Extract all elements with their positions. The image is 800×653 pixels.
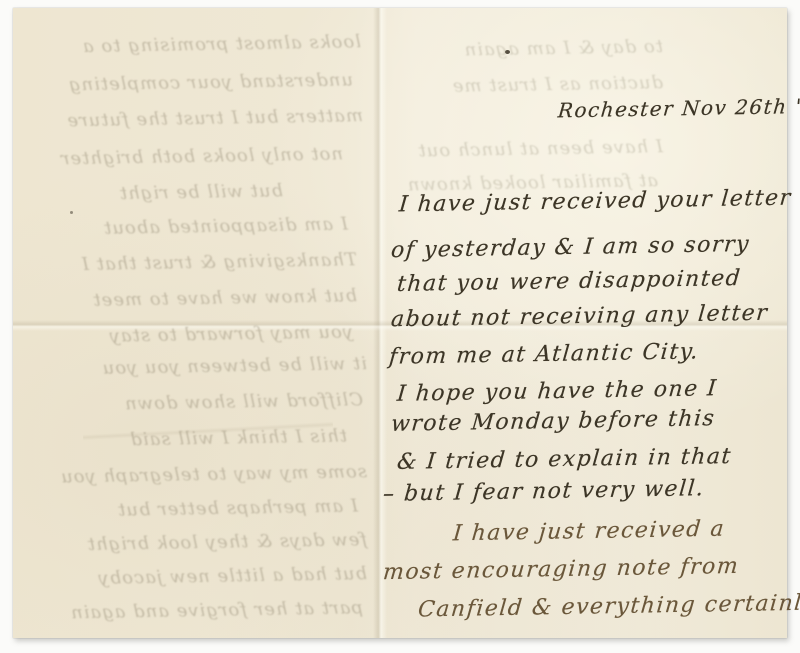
bleedthrough-line: you may forward to stay [53, 321, 353, 347]
letter-line: from me at Atlantic City. [388, 339, 700, 369]
letter-line: of yesterday & I am so sorry [390, 232, 751, 263]
bleedthrough-line: I am perhaps better but [68, 495, 358, 521]
bleedthrough-line: not only looks both brighter [43, 143, 343, 169]
bleedthrough-line: it will be between you you [37, 353, 367, 380]
letter-scan: looks almost promising to a understand y… [0, 0, 800, 653]
ink-speck [70, 211, 73, 214]
bleedthrough-line: matters but I trust the future [33, 105, 363, 132]
bleedthrough-line: understand your completing [53, 69, 353, 95]
bleedthrough-line: this I think I will said [57, 425, 347, 451]
bleedthrough-line: some my way to telegraph you [37, 461, 367, 488]
bleedthrough-line: I am disappointed about [68, 214, 348, 240]
bleedthrough-line: to day & I am again [433, 36, 663, 61]
bleedthrough-line: but know we have to meet [37, 285, 357, 312]
bleedthrough-line: duction as I trust me [443, 72, 663, 97]
letter-line: – but I fear not very well. [382, 476, 706, 507]
bleedthrough-line: but had a little new jacoby [37, 563, 367, 590]
letter-line: & I tried to explain in that [396, 444, 733, 475]
letter-sheet: looks almost promising to a understand y… [13, 8, 787, 638]
letter-line: that you were disappointed [396, 266, 742, 297]
letter-line: most encouraging note from [382, 554, 740, 585]
letter-dateline: Rochester Nov 26th '90 [557, 94, 800, 123]
letter-line: Canfield & everything certainly [417, 590, 800, 622]
bleedthrough-line: I have been at lunch out [453, 136, 663, 161]
letter-line: wrote Monday before this [390, 406, 717, 437]
bleedthrough-line: few days & they look bright [37, 529, 367, 556]
bleedthrough-line: Thanksgiving & trust that I [37, 249, 357, 276]
bleedthrough-line: looks almost promising to a [41, 31, 361, 58]
bleedthrough-line: Clifford will show down [43, 389, 363, 416]
bleedthrough-line: part at her forgive and again [43, 597, 363, 624]
bleedthrough-line: but will be right [83, 180, 283, 204]
letter-line: I hope you have the one I [396, 376, 719, 407]
letter-line: I have just received a [452, 517, 726, 547]
